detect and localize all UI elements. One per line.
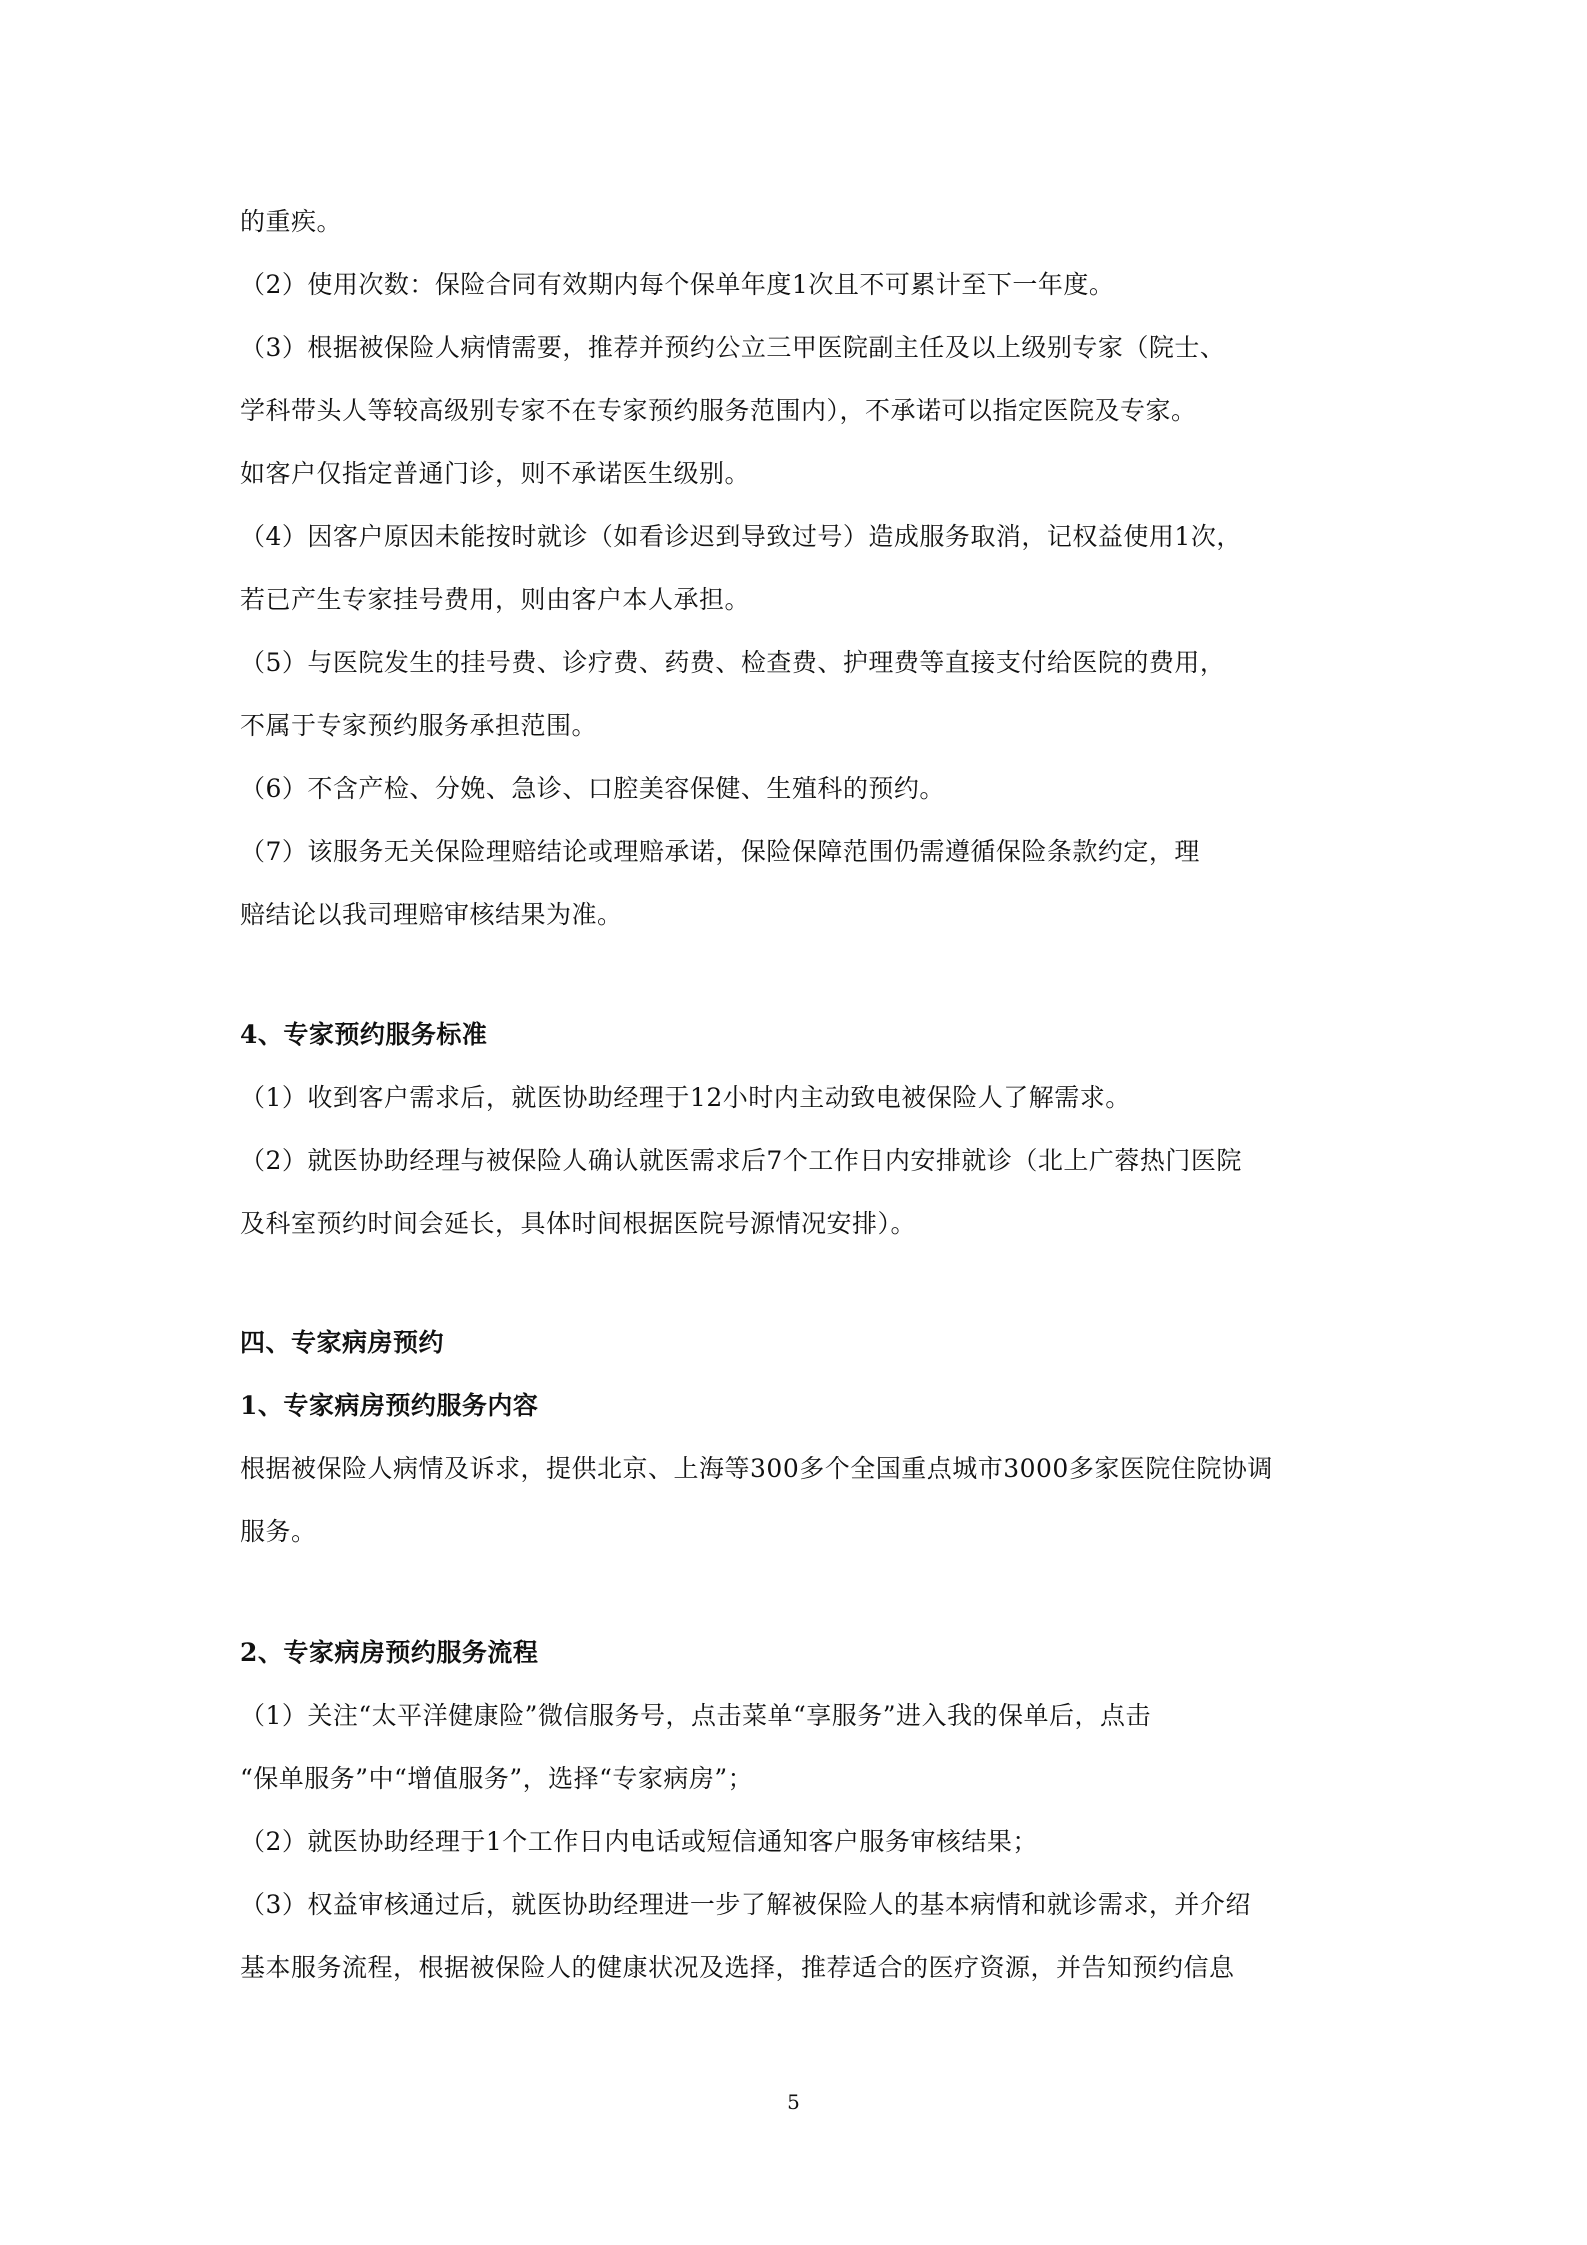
paragraph-line: （5）与医院发生的挂号费、诊疗费、药费、检查费、护理费等直接支付给医院的费用，: [240, 646, 1360, 680]
paragraph-line: 赔结论以我司理赔审核结果为准。: [240, 898, 1360, 932]
paragraph-line: 的重疾。: [240, 205, 1360, 239]
paragraph-line: 不属于专家预约服务承担范围。: [240, 709, 1360, 743]
paragraph-line: （2）使用次数：保险合同有效期内每个保单年度1次且不可累计至下一年度。: [240, 268, 1360, 302]
paragraph-line: 根据被保险人病情及诉求，提供北京、上海等300多个全国重点城市3000多家医院住…: [240, 1452, 1360, 1486]
paragraph-line: （1）关注“太平洋健康险”微信服务号，点击菜单“享服务”进入我的保单后，点击: [240, 1699, 1360, 1733]
section-heading: 2、专家病房预约服务流程: [240, 1636, 1360, 1670]
chapter-heading: 四、专家病房预约: [240, 1326, 1360, 1360]
paragraph-line: “保单服务”中“增值服务”，选择“专家病房”；: [240, 1762, 1360, 1796]
paragraph-line: 基本服务流程，根据被保险人的健康状况及选择，推荐适合的医疗资源，并告知预约信息: [240, 1951, 1360, 1985]
paragraph-line: （3）根据被保险人病情需要，推荐并预约公立三甲医院副主任及以上级别专家（院士、: [240, 331, 1360, 365]
paragraph-line: （1）收到客户需求后，就医协助经理于12小时内主动致电被保险人了解需求。: [240, 1081, 1360, 1115]
document-page: 的重疾。 （2）使用次数：保险合同有效期内每个保单年度1次且不可累计至下一年度。…: [0, 0, 1587, 2245]
paragraph-line: （6）不含产检、分娩、急诊、口腔美容保健、生殖科的预约。: [240, 772, 1360, 806]
paragraph-line: （3）权益审核通过后，就医协助经理进一步了解被保险人的基本病情和就诊需求，并介绍: [240, 1888, 1360, 1922]
paragraph-line: （4）因客户原因未能按时就诊（如看诊迟到导致过号）造成服务取消，记权益使用1次，: [240, 520, 1360, 554]
paragraph-line: （7）该服务无关保险理赔结论或理赔承诺，保险保障范围仍需遵循保险条款约定，理: [240, 835, 1360, 869]
paragraph-line: （2）就医协助经理于1个工作日内电话或短信通知客户服务审核结果；: [240, 1825, 1360, 1859]
section-heading: 4、专家预约服务标准: [240, 1018, 1360, 1052]
paragraph-line: 及科室预约时间会延长，具体时间根据医院号源情况安排）。: [240, 1207, 1360, 1241]
paragraph-line: 学科带头人等较高级别专家不在专家预约服务范围内），不承诺可以指定医院及专家。: [240, 394, 1360, 428]
page-number: 5: [0, 2090, 1587, 2114]
paragraph-line: 服务。: [240, 1515, 1360, 1549]
paragraph-line: 若已产生专家挂号费用，则由客户本人承担。: [240, 583, 1360, 617]
paragraph-line: 如客户仅指定普通门诊，则不承诺医生级别。: [240, 457, 1360, 491]
section-heading: 1、专家病房预约服务内容: [240, 1389, 1360, 1423]
paragraph-line: （2）就医协助经理与被保险人确认就医需求后7个工作日内安排就诊（北上广蓉热门医院: [240, 1144, 1360, 1178]
